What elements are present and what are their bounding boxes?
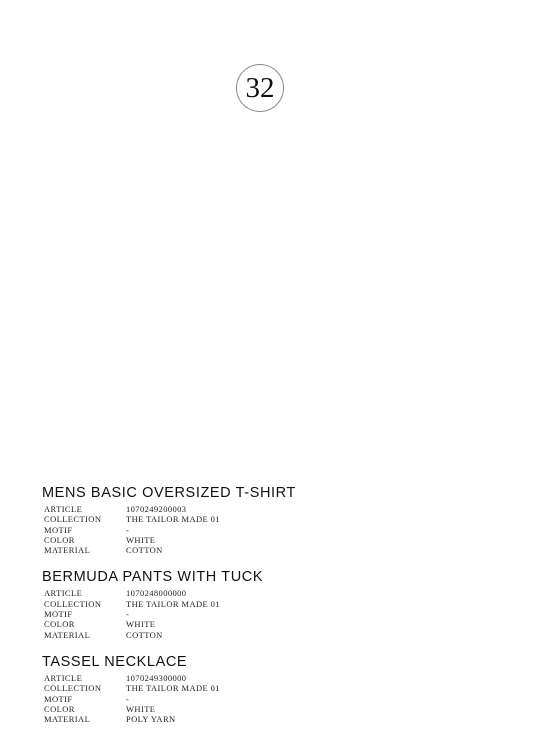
spec-label: MOTIF [44,525,126,535]
page-number-badge: 32 [236,64,284,112]
spec-row-article: ARTICLE 1070249200003 [42,504,502,514]
spec-label: MOTIF [44,609,126,619]
product-title: BERMUDA PANTS WITH TUCK [42,568,502,586]
spec-row-motif: MOTIF - [42,525,502,535]
spec-label: COLLECTION [44,514,126,524]
spec-value: - [126,609,502,619]
spec-row-article: ARTICLE 1070249300000 [42,673,502,683]
spec-label: MATERIAL [44,630,126,640]
spec-row-material: MATERIAL COTTON [42,630,502,640]
spec-label: COLOR [44,535,126,545]
spec-row-color: COLOR WHITE [42,535,502,545]
spec-value: - [126,525,502,535]
spec-value: COTTON [126,545,502,555]
product-title: TASSEL NECKLACE [42,653,502,671]
spec-label: COLLECTION [44,683,126,693]
spec-row-motif: MOTIF - [42,694,502,704]
spec-value: WHITE [126,535,502,545]
product-item: BERMUDA PANTS WITH TUCK ARTICLE 10702480… [42,568,502,639]
spec-label: ARTICLE [44,504,126,514]
spec-row-color: COLOR WHITE [42,704,502,714]
spec-label: COLOR [44,704,126,714]
spec-value: POLY YARN [126,714,502,724]
product-item: MENS BASIC OVERSIZED T-SHIRT ARTICLE 107… [42,484,502,555]
product-list: MENS BASIC OVERSIZED T-SHIRT ARTICLE 107… [42,484,502,737]
spec-label: MATERIAL [44,545,126,555]
spec-row-collection: COLLECTION THE TAILOR MADE 01 [42,514,502,524]
product-title: MENS BASIC OVERSIZED T-SHIRT [42,484,502,502]
spec-label: COLOR [44,619,126,629]
page-number: 32 [246,74,275,103]
spec-value: COTTON [126,630,502,640]
spec-row-material: MATERIAL COTTON [42,545,502,555]
spec-value: 1070248000000 [126,588,502,598]
spec-label: ARTICLE [44,673,126,683]
spec-value: 1070249200003 [126,504,502,514]
spec-value: THE TAILOR MADE 01 [126,599,502,609]
spec-value: 1070249300000 [126,673,502,683]
spec-row-color: COLOR WHITE [42,619,502,629]
spec-row-motif: MOTIF - [42,609,502,619]
product-item: TASSEL NECKLACE ARTICLE 1070249300000 CO… [42,653,502,724]
spec-value: THE TAILOR MADE 01 [126,514,502,524]
spec-value: WHITE [126,619,502,629]
spec-row-article: ARTICLE 1070248000000 [42,588,502,598]
spec-value: - [126,694,502,704]
spec-label: COLLECTION [44,599,126,609]
spec-row-material: MATERIAL POLY YARN [42,714,502,724]
spec-row-collection: COLLECTION THE TAILOR MADE 01 [42,599,502,609]
spec-value: THE TAILOR MADE 01 [126,683,502,693]
spec-label: ARTICLE [44,588,126,598]
spec-row-collection: COLLECTION THE TAILOR MADE 01 [42,683,502,693]
spec-label: MATERIAL [44,714,126,724]
spec-label: MOTIF [44,694,126,704]
spec-value: WHITE [126,704,502,714]
